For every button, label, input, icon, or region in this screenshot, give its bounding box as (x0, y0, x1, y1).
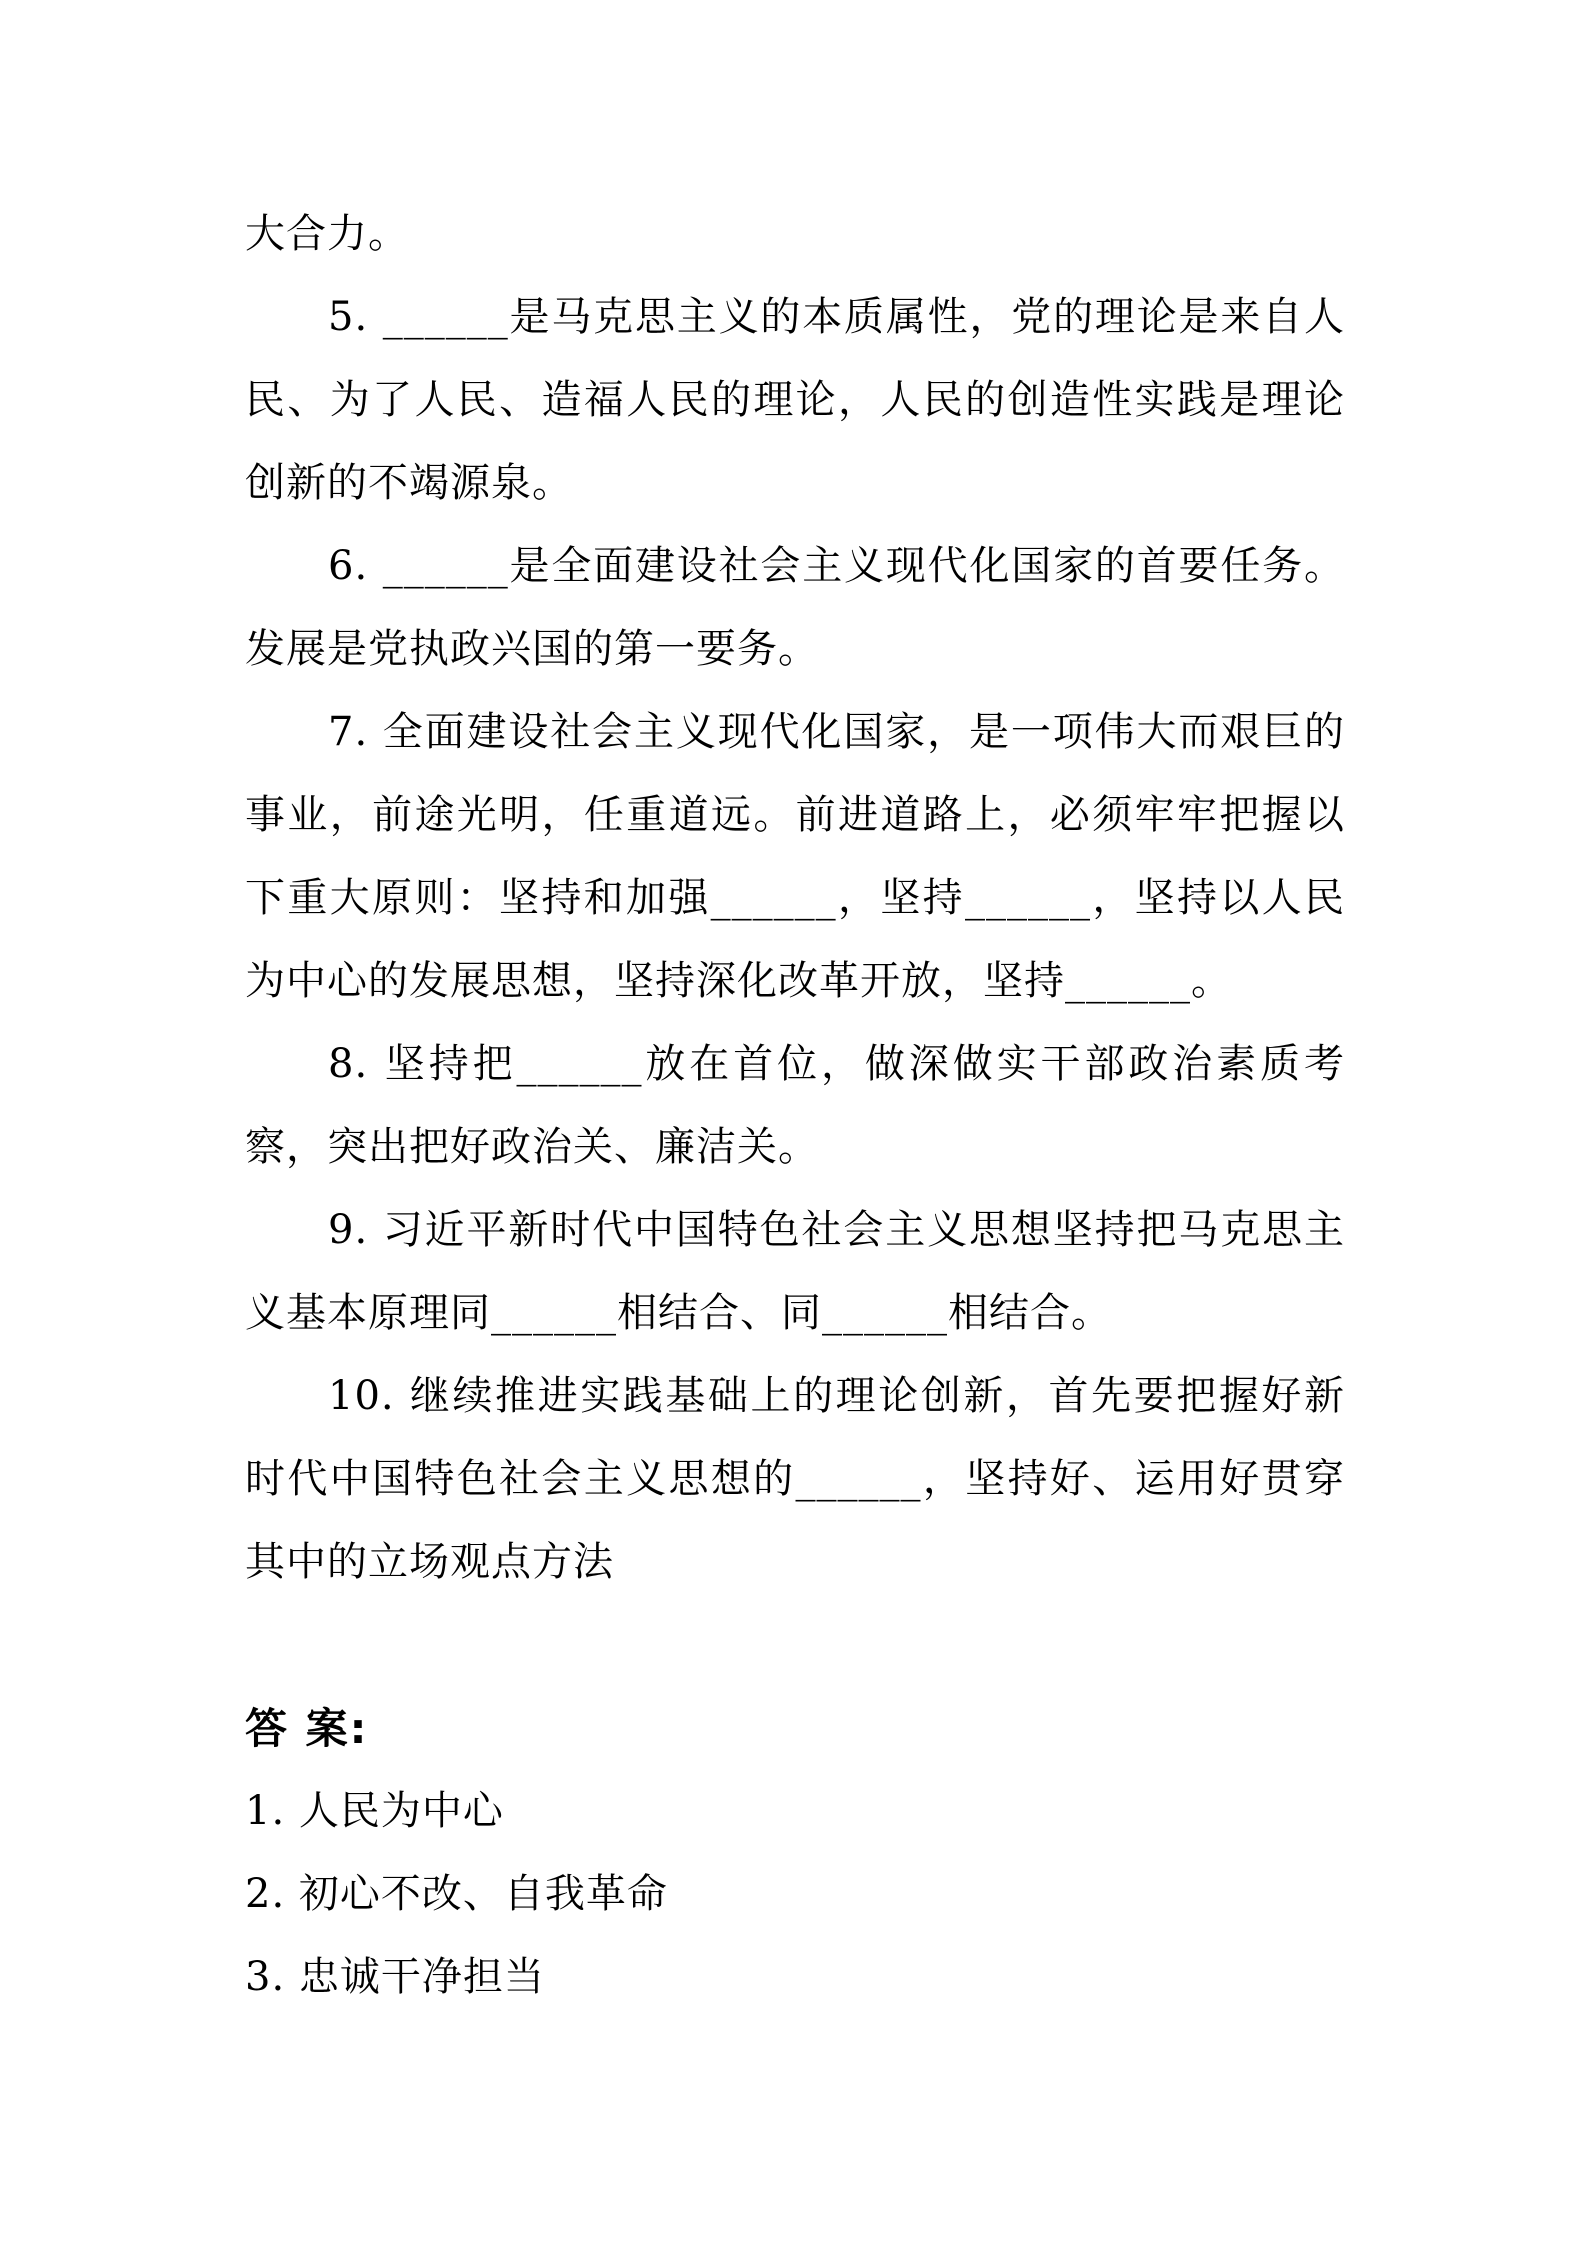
question-7: 7. 全面建设社会主义现代化国家，是一项伟大而艰巨的事业，前途光明，任重道远。前… (245, 691, 1345, 1023)
question-9: 9. 习近平新时代中国特色社会主义思想坚持把马克思主义基本原理同______相结… (245, 1189, 1345, 1355)
answer-1: 1. 人民为中心 (245, 1770, 1345, 1853)
question-10: 10. 继续推进实践基础上的理论创新，首先要把握好新时代中国特色社会主义思想的_… (245, 1355, 1345, 1604)
answer-2: 2. 初心不改、自我革命 (245, 1853, 1345, 1936)
document-page: 大合力。 5. ______是马克思主义的本质属性，党的理论是来自人民、为了人民… (0, 0, 1587, 2245)
question-8: 8. 坚持把______放在首位，做深做实干部政治素质考察，突出把好政治关、廉洁… (245, 1023, 1345, 1189)
answer-3: 3. 忠诚干净担当 (245, 1936, 1345, 2019)
question-5: 5. ______是马克思主义的本质属性，党的理论是来自人民、为了人民、造福人民… (245, 276, 1345, 525)
document-content: 大合力。 5. ______是马克思主义的本质属性，党的理论是来自人民、为了人民… (245, 193, 1345, 2019)
paragraph-previous-tail: 大合力。 (245, 193, 1345, 276)
question-6: 6. ______是全面建设社会主义现代化国家的首要任务。发展是党执政兴国的第一… (245, 525, 1345, 691)
answers-heading: 答 案: (245, 1687, 1345, 1770)
